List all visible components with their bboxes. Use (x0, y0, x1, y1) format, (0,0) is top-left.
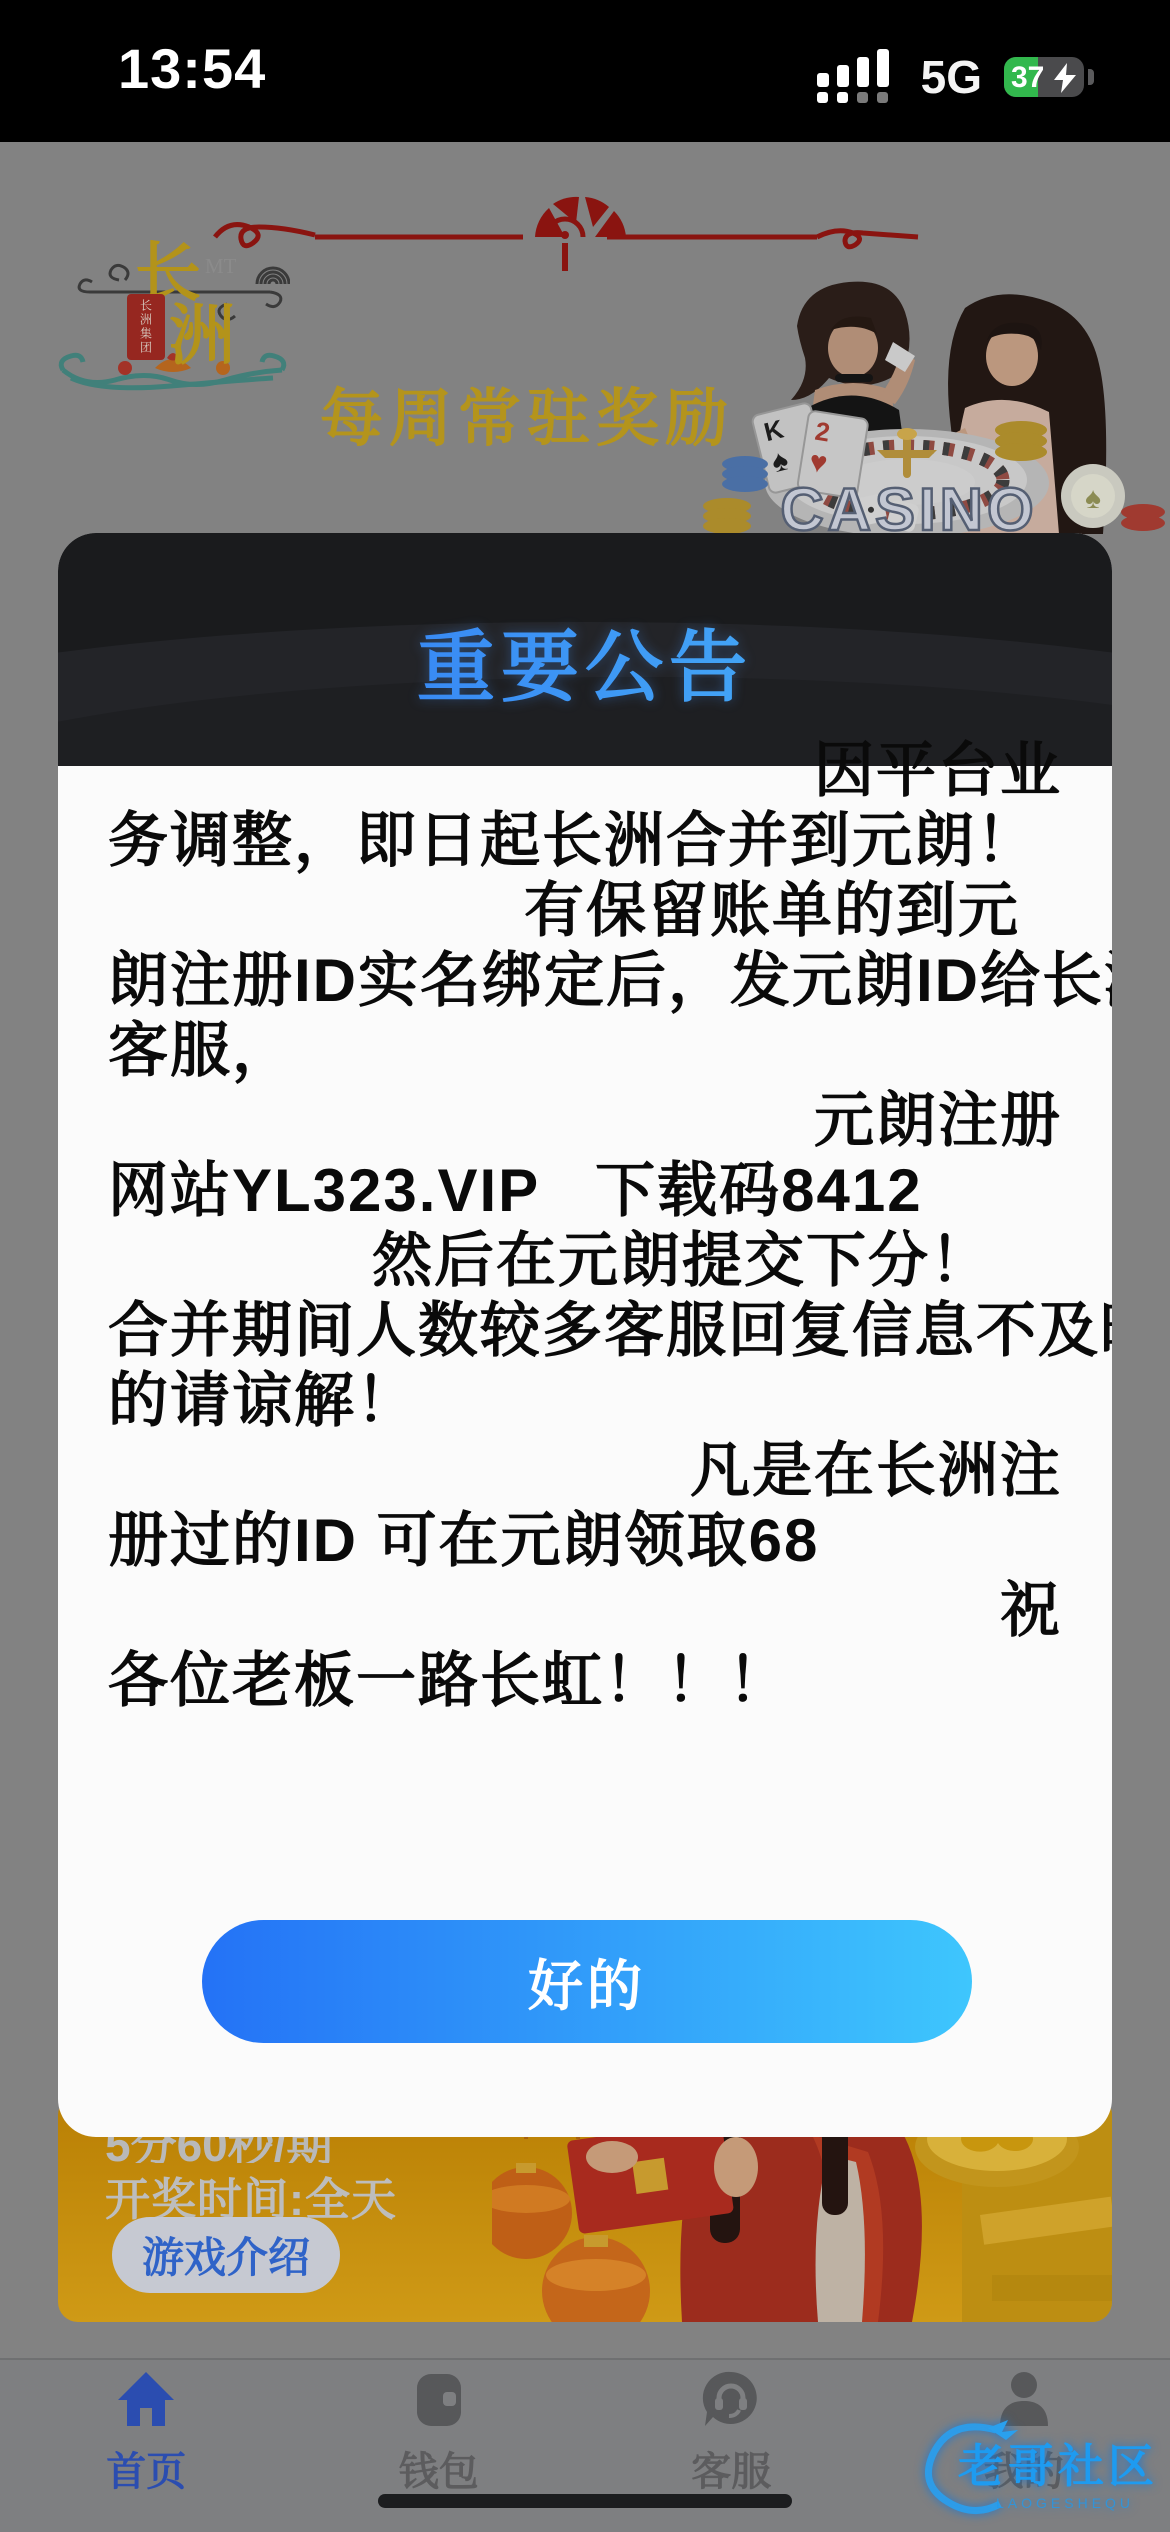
customer-service-icon (699, 2368, 763, 2432)
casino-promo-photo: K ♠ 2 ♥ ♠ (665, 278, 1170, 534)
signal-strength-icon (817, 51, 899, 103)
announcement-line: 凡是在长洲注 (108, 1436, 1062, 1506)
ok-button[interactable]: 好的 (202, 1920, 972, 2043)
logo-red-seal: 长洲集团 (127, 294, 165, 360)
announcement-title: 重要公告 (58, 605, 1112, 717)
tab-home-label: 首页 (106, 2440, 186, 2497)
announcement-line: 客服， (108, 1016, 1062, 1086)
tab-service-label: 客服 (691, 2440, 771, 2497)
announcement-line: 各位老板一路长虹！！！ (108, 1646, 1062, 1716)
charging-bolt-icon (1054, 63, 1076, 93)
announcement-line: 务调整，即日起长洲合并到元朗！ (108, 806, 1062, 876)
wallet-icon (407, 2368, 471, 2432)
logo-char-zhou: 洲 (169, 282, 235, 377)
home-icon (114, 2368, 178, 2432)
announcement-line: 册过的ID 可在元朗领取68 (108, 1506, 1062, 1576)
announcement-line: 网站YL323.VIP 下载码8412 (108, 1156, 1062, 1226)
community-watermark: 老哥社区 LAOGESHEQU (918, 2412, 1168, 2532)
announcement-modal: 重要公告 因平台业 务调整，即日起长洲合并到元朗！ 有保留账单的到元 朗注册ID… (58, 533, 1112, 2137)
clock: 13:54 (118, 36, 266, 101)
brand-logo: 长 MT 洲 长洲集团 (55, 222, 290, 392)
tab-home[interactable]: 首页 (0, 2360, 293, 2532)
game-intro-button[interactable]: 游戏介绍 (112, 2217, 340, 2293)
battery-icon: 37 (1004, 57, 1084, 97)
watermark-en: LAOGESHEQU (996, 2495, 1134, 2511)
announcement-line: 合并期间人数较多客服回复信息不及时 (108, 1296, 1062, 1366)
announcement-modal-header: 重要公告 (58, 533, 1112, 766)
announcement-line: 因平台业 (108, 736, 1062, 806)
watermark-cn: 老哥社区 (958, 2440, 1158, 2492)
battery-percent: 37 (1011, 61, 1044, 95)
announcement-line: 的请谅解！ (108, 1366, 1062, 1436)
logo-mt-label: MT (205, 254, 237, 279)
app-screen: 13:54 5G 37 (0, 0, 1170, 2532)
announcement-body: 因平台业 务调整，即日起长洲合并到元朗！ 有保留账单的到元 朗注册ID实名绑定后… (58, 736, 1112, 1716)
announcement-line: 朗注册ID实名绑定后，发元朗ID给长洲 (108, 946, 1062, 1016)
announcement-line: 元朗注册 (108, 1086, 1062, 1156)
status-bar: 13:54 5G 37 (0, 0, 1170, 142)
network-type: 5G (921, 50, 982, 104)
announcement-line: 有保留账单的到元 (108, 876, 1062, 946)
tab-wallet-label: 钱包 (399, 2440, 479, 2497)
announcement-line: 然后在元朗提交下分！ (108, 1226, 1062, 1296)
casino-sign: CASINO (780, 476, 1037, 534)
svg-text:♠: ♠ (1085, 482, 1101, 515)
seal-text: 长洲集团 (138, 299, 155, 355)
home-indicator[interactable] (378, 2494, 792, 2508)
announcement-line: 祝 (108, 1576, 1062, 1646)
